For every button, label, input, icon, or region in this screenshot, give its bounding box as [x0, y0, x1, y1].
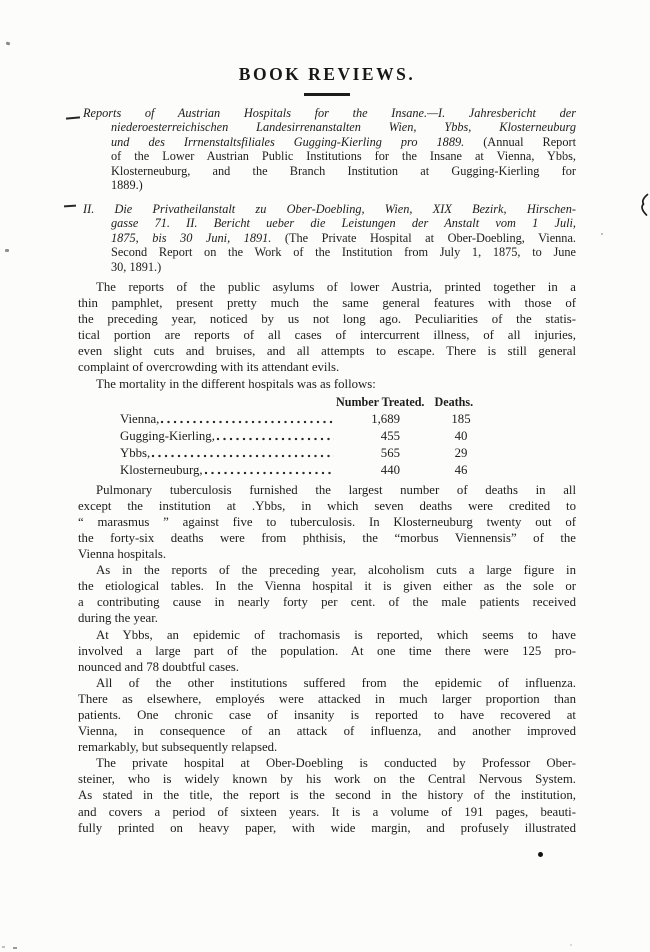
text-line: Vienna hospitals.	[78, 546, 576, 562]
table-row: Gugging-Kierling, 455 40	[78, 428, 576, 445]
text-line: except the institution at .Ybbs, in whic…	[78, 498, 576, 514]
text-line: and covers a period of sixteen years. It…	[78, 804, 576, 820]
text-line: At Ybbs, an epidemic of trachomasis is r…	[78, 627, 576, 643]
hospital-name: Vienna,	[120, 411, 159, 428]
deaths-value: 40	[426, 428, 496, 445]
text-line: und des Irrnenstaltsfiliales Gugging-Kie…	[83, 135, 576, 150]
text-line: even slight cuts and bruises, and all at…	[78, 343, 576, 359]
bibliography-entry-1: Reports of Austrian Hospitals for the In…	[78, 106, 576, 193]
text-segment: of the Lower Austrian Public Institution…	[111, 149, 576, 163]
dot-leader	[204, 471, 334, 475]
text-line: 1875, bis 30 Juni, 1891. (The Private Ho…	[83, 231, 576, 246]
text-line: “ marasmus ” against five to tuberculosi…	[78, 514, 576, 530]
text-line: complaint of overcrowding with its atten…	[78, 359, 576, 375]
text-line: 30, 1891.)	[83, 260, 576, 275]
text-line: Vienna, in consequence of an attack of i…	[78, 723, 576, 739]
text-line: gasse 71. II. Bericht ueber die Leistung…	[83, 216, 576, 231]
text-line: The mortality in the different hospitals…	[78, 376, 576, 392]
ink-speck	[570, 944, 572, 946]
ink-speck	[13, 947, 17, 949]
table-row: Klosterneuburg, 440 46	[78, 462, 576, 479]
text-line: 1889.)	[83, 178, 576, 193]
margin-ink-speck	[5, 249, 9, 252]
text-line: There as elsewhere, employés were attack…	[78, 691, 576, 707]
text-line: a contributing cause in nearly forty per…	[78, 594, 576, 610]
italic-text-segment: II. Die Privatheilanstalt zu Ober-Doebli…	[83, 202, 576, 216]
text-line: II. Die Privatheilanstalt zu Ober-Doebli…	[83, 202, 576, 217]
hospital-name: Ybbs,	[120, 445, 150, 462]
text-line: The private hospital at Ober-Doebling is…	[78, 755, 576, 771]
dot-leader	[160, 420, 334, 424]
col-header-deaths: Deaths.	[434, 394, 473, 411]
dot-leader	[151, 454, 334, 458]
ink-speck	[563, 154, 565, 156]
dot-leader	[216, 437, 334, 441]
paragraph-alcoholism: As in the reports of the preceding year,…	[78, 562, 576, 626]
mortality-intro-line: The mortality in the different hospitals…	[78, 376, 576, 392]
bibliography: Reports of Austrian Hospitals for the In…	[78, 106, 576, 275]
text-line: As stated in the title, the report is th…	[78, 787, 576, 803]
deaths-value: 185	[426, 411, 496, 428]
text-line: tical portion are reports of all cases o…	[78, 327, 576, 343]
review-body: The reports of the public asylums of low…	[78, 279, 576, 836]
deaths-value: 46	[426, 462, 496, 479]
page-content: BOOK REVIEWS. Reports of Austrian Hospit…	[78, 64, 576, 836]
text-line: the forty-six deaths were from phthisis,…	[78, 530, 576, 546]
text-line: The reports of the public asylums of low…	[78, 279, 576, 295]
text-line: the etiological tables. In the Vienna ho…	[78, 578, 576, 594]
text-line: fully printed on heavy paper, with wide …	[78, 820, 576, 836]
margin-ink-speck	[6, 41, 11, 45]
text-segment: 30, 1891.)	[111, 260, 161, 274]
italic-text-segment: gasse 71. II. Bericht ueber die Leistung…	[111, 216, 576, 230]
text-segment: Second Report on the Work of the Institu…	[111, 245, 576, 259]
text-segment: Klosterneuburg, and the Branch Instituti…	[111, 164, 576, 178]
pen-squiggle-mark	[637, 193, 649, 217]
text-line: Second Report on the Work of the Institu…	[83, 245, 576, 260]
table-row: Ybbs, 565 29	[78, 445, 576, 462]
text-line: niederoesterreichischen Landesirrenansta…	[83, 120, 576, 135]
italic-text-segment: 1875, bis 30 Juni, 1891.	[111, 231, 271, 245]
treated-value: 455	[340, 428, 400, 445]
text-line: nounced and 78 doubtful cases.	[78, 659, 576, 675]
treated-value: 1,689	[340, 411, 400, 428]
text-segment: 1889.)	[111, 178, 143, 192]
treated-value: 565	[340, 445, 400, 462]
table-row: Vienna, 1,689 185	[78, 411, 576, 428]
italic-text-segment: niederoesterreichischen Landesirrenansta…	[111, 120, 576, 134]
text-segment: (Annual Report	[464, 135, 576, 149]
pen-underline-mark	[64, 205, 76, 208]
text-segment: (The Private Hospital at Ober-Doebling, …	[271, 231, 576, 245]
text-line: steiner, who is widely known by his work…	[78, 771, 576, 787]
ink-speck	[601, 233, 603, 235]
text-line: remarkably, but subsequently relapsed.	[78, 739, 576, 755]
text-line: Klosterneuburg, and the Branch Instituti…	[83, 164, 576, 179]
paragraph-influenza: All of the other institutions suffered f…	[78, 675, 576, 755]
italic-text-segment: Reports of Austrian Hospitals for the In…	[83, 106, 576, 120]
mortality-table-header: Number Treated. Deaths.	[78, 394, 576, 411]
text-line: Reports of Austrian Hospitals for the In…	[83, 106, 576, 121]
ink-speck	[2, 946, 5, 948]
treated-value: 440	[340, 462, 400, 479]
text-line: involved a large part of the population.…	[78, 643, 576, 659]
text-line: the preceding year, noticed by us not lo…	[78, 311, 576, 327]
document-page: BOOK REVIEWS. Reports of Austrian Hospit…	[0, 0, 650, 952]
paragraph-asylum-reports: The reports of the public asylums of low…	[78, 279, 576, 376]
bibliography-entry-2: II. Die Privatheilanstalt zu Ober-Doebli…	[78, 202, 576, 275]
deaths-value: 29	[426, 445, 496, 462]
ink-dot	[538, 852, 543, 857]
mortality-table: Number Treated. Deaths. Vienna, 1,689 18…	[78, 394, 576, 479]
paragraph-ober-doebling: The private hospital at Ober-Doebling is…	[78, 755, 576, 835]
paragraph-trachomasis: At Ybbs, an epidemic of trachomasis is r…	[78, 627, 576, 675]
text-line: As in the reports of the preceding year,…	[78, 562, 576, 578]
hospital-name: Klosterneuburg,	[120, 462, 203, 479]
paragraph-tuberculosis: Pulmonary tuberculosis furnished the lar…	[78, 482, 576, 562]
text-line: thin pamphlet, present pretty much the s…	[78, 295, 576, 311]
page-title: BOOK REVIEWS.	[78, 64, 576, 85]
col-header-number-treated: Number Treated.	[336, 394, 424, 411]
text-line: during the year.	[78, 610, 576, 626]
hospital-name: Gugging-Kierling,	[120, 428, 215, 445]
italic-text-segment: und des Irrnenstaltsfiliales Gugging-Kie…	[111, 135, 464, 149]
title-divider-rule	[304, 93, 350, 96]
text-line: Pulmonary tuberculosis furnished the lar…	[78, 482, 576, 498]
text-line: All of the other institutions suffered f…	[78, 675, 576, 691]
text-line: patients. One chronic case of insanity i…	[78, 707, 576, 723]
text-line: of the Lower Austrian Public Institution…	[83, 149, 576, 164]
